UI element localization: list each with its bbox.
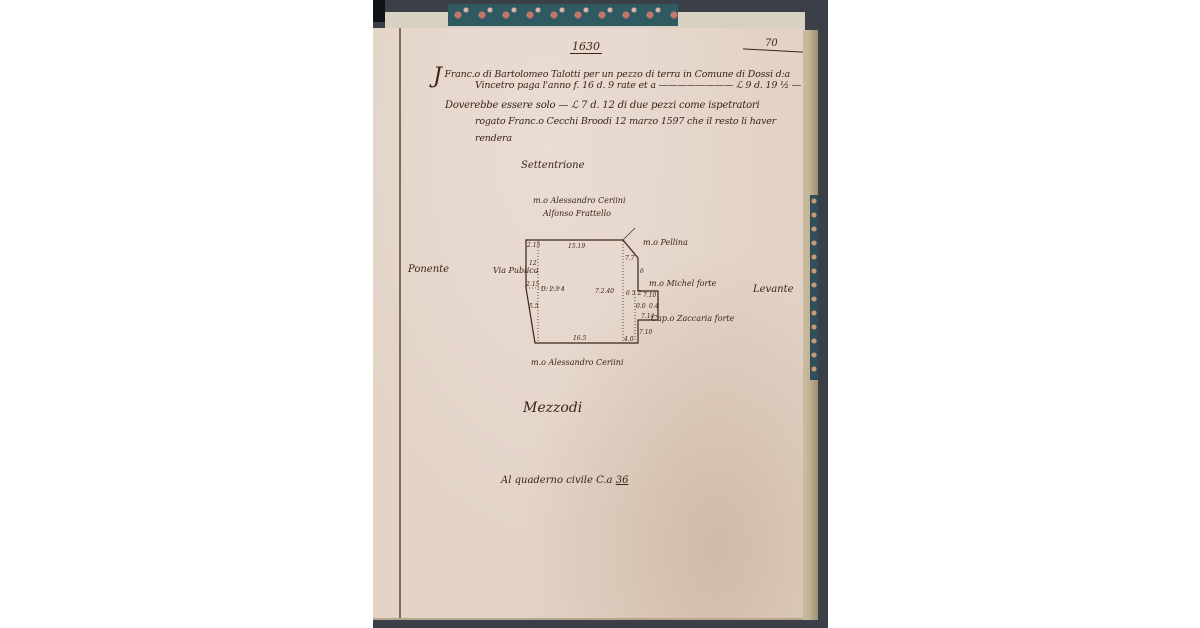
dim-bottom-edge: 16.5 xyxy=(573,335,587,342)
dim-right-block-mid-b: 0.4 xyxy=(649,303,659,310)
entry-amount: ℒ 9 d. 19 ½ — xyxy=(736,80,801,91)
manuscript-page: 1630 70 J Franc.o di Bartolomeo Talotti … xyxy=(373,28,803,620)
dim-bottom-right-a: 4.0 xyxy=(623,336,634,343)
neighbor-south: m.o Alessandro Ceriini xyxy=(531,358,624,367)
land-plot-sketch: 2.15 15.19 12 2.15 D. 2.3 4 7.2.40 7.7 6… xyxy=(523,233,683,353)
marbled-endpaper-top xyxy=(448,4,678,26)
neighbor-north-2: Alfonso Frattello xyxy=(543,209,611,218)
folio-number: 70 xyxy=(765,38,778,49)
entry-rule: ———————— xyxy=(659,80,736,91)
page-gutter-rule xyxy=(399,28,401,618)
dim-right-block-bottom: 7.14 xyxy=(641,313,655,320)
dim-left-upper: 12 xyxy=(529,260,537,267)
direction-west: Ponente xyxy=(408,264,449,275)
dim-right-block-top: 7.10 xyxy=(643,292,657,299)
dim-bottom-right-b: 7.10 xyxy=(639,329,653,336)
footer-reference-text: Al quaderno civile C.a xyxy=(501,475,613,486)
entry-year: 1630 xyxy=(570,40,602,54)
dim-right-block-mid-a: 0.0 xyxy=(636,303,646,310)
footer-reference-number: 36 xyxy=(616,475,629,486)
entry-line-4: rogato Franc.o Cecchi Broodi 12 marzo 15… xyxy=(475,116,776,127)
decorated-initial: J xyxy=(433,64,442,89)
dim-top-edge: 15.19 xyxy=(568,243,585,250)
dim-interior-center: 7.2.40 xyxy=(595,288,614,295)
dim-interior-left: D. 2.3 4 xyxy=(540,286,565,293)
dim-left-mid: 2.15 xyxy=(525,281,540,288)
photo-corner-shadow xyxy=(373,0,385,22)
dim-right-notch-upper: 7.7 xyxy=(625,255,635,262)
dim-inner-vertical: 6 5 2 xyxy=(626,290,641,297)
dim-right-side: 6 xyxy=(640,268,644,275)
direction-north: Settentrione xyxy=(521,160,585,171)
entry-line-2: Vincetro paga l'anno f. 16 d. 9 rate et … xyxy=(475,80,801,91)
manuscript-photograph: 1630 70 J Franc.o di Bartolomeo Talotti … xyxy=(373,0,828,628)
entry-text: Vincetro paga l'anno f. 16 d. 9 rate et … xyxy=(475,80,656,91)
footer-reference: Al quaderno civile C.a 36 xyxy=(501,475,628,486)
entry-text: Franc.o di Bartolomeo Talotti per un pez… xyxy=(444,69,790,80)
neighbor-north-1: m.o Alessandro Ceriini xyxy=(533,196,626,205)
dim-top-left-corner: 2.15 xyxy=(526,242,541,249)
entry-line-5: rendera xyxy=(475,133,512,144)
direction-south: Mezzodi xyxy=(523,400,582,416)
marbled-endpaper-right xyxy=(810,195,818,380)
direction-east: Levante xyxy=(753,284,794,295)
entry-line-3: Doverebbe essere solo — ℒ 7 d. 12 di due… xyxy=(445,100,759,111)
folio-underline xyxy=(743,48,803,52)
dim-left-lower: 5.5 xyxy=(529,303,539,310)
